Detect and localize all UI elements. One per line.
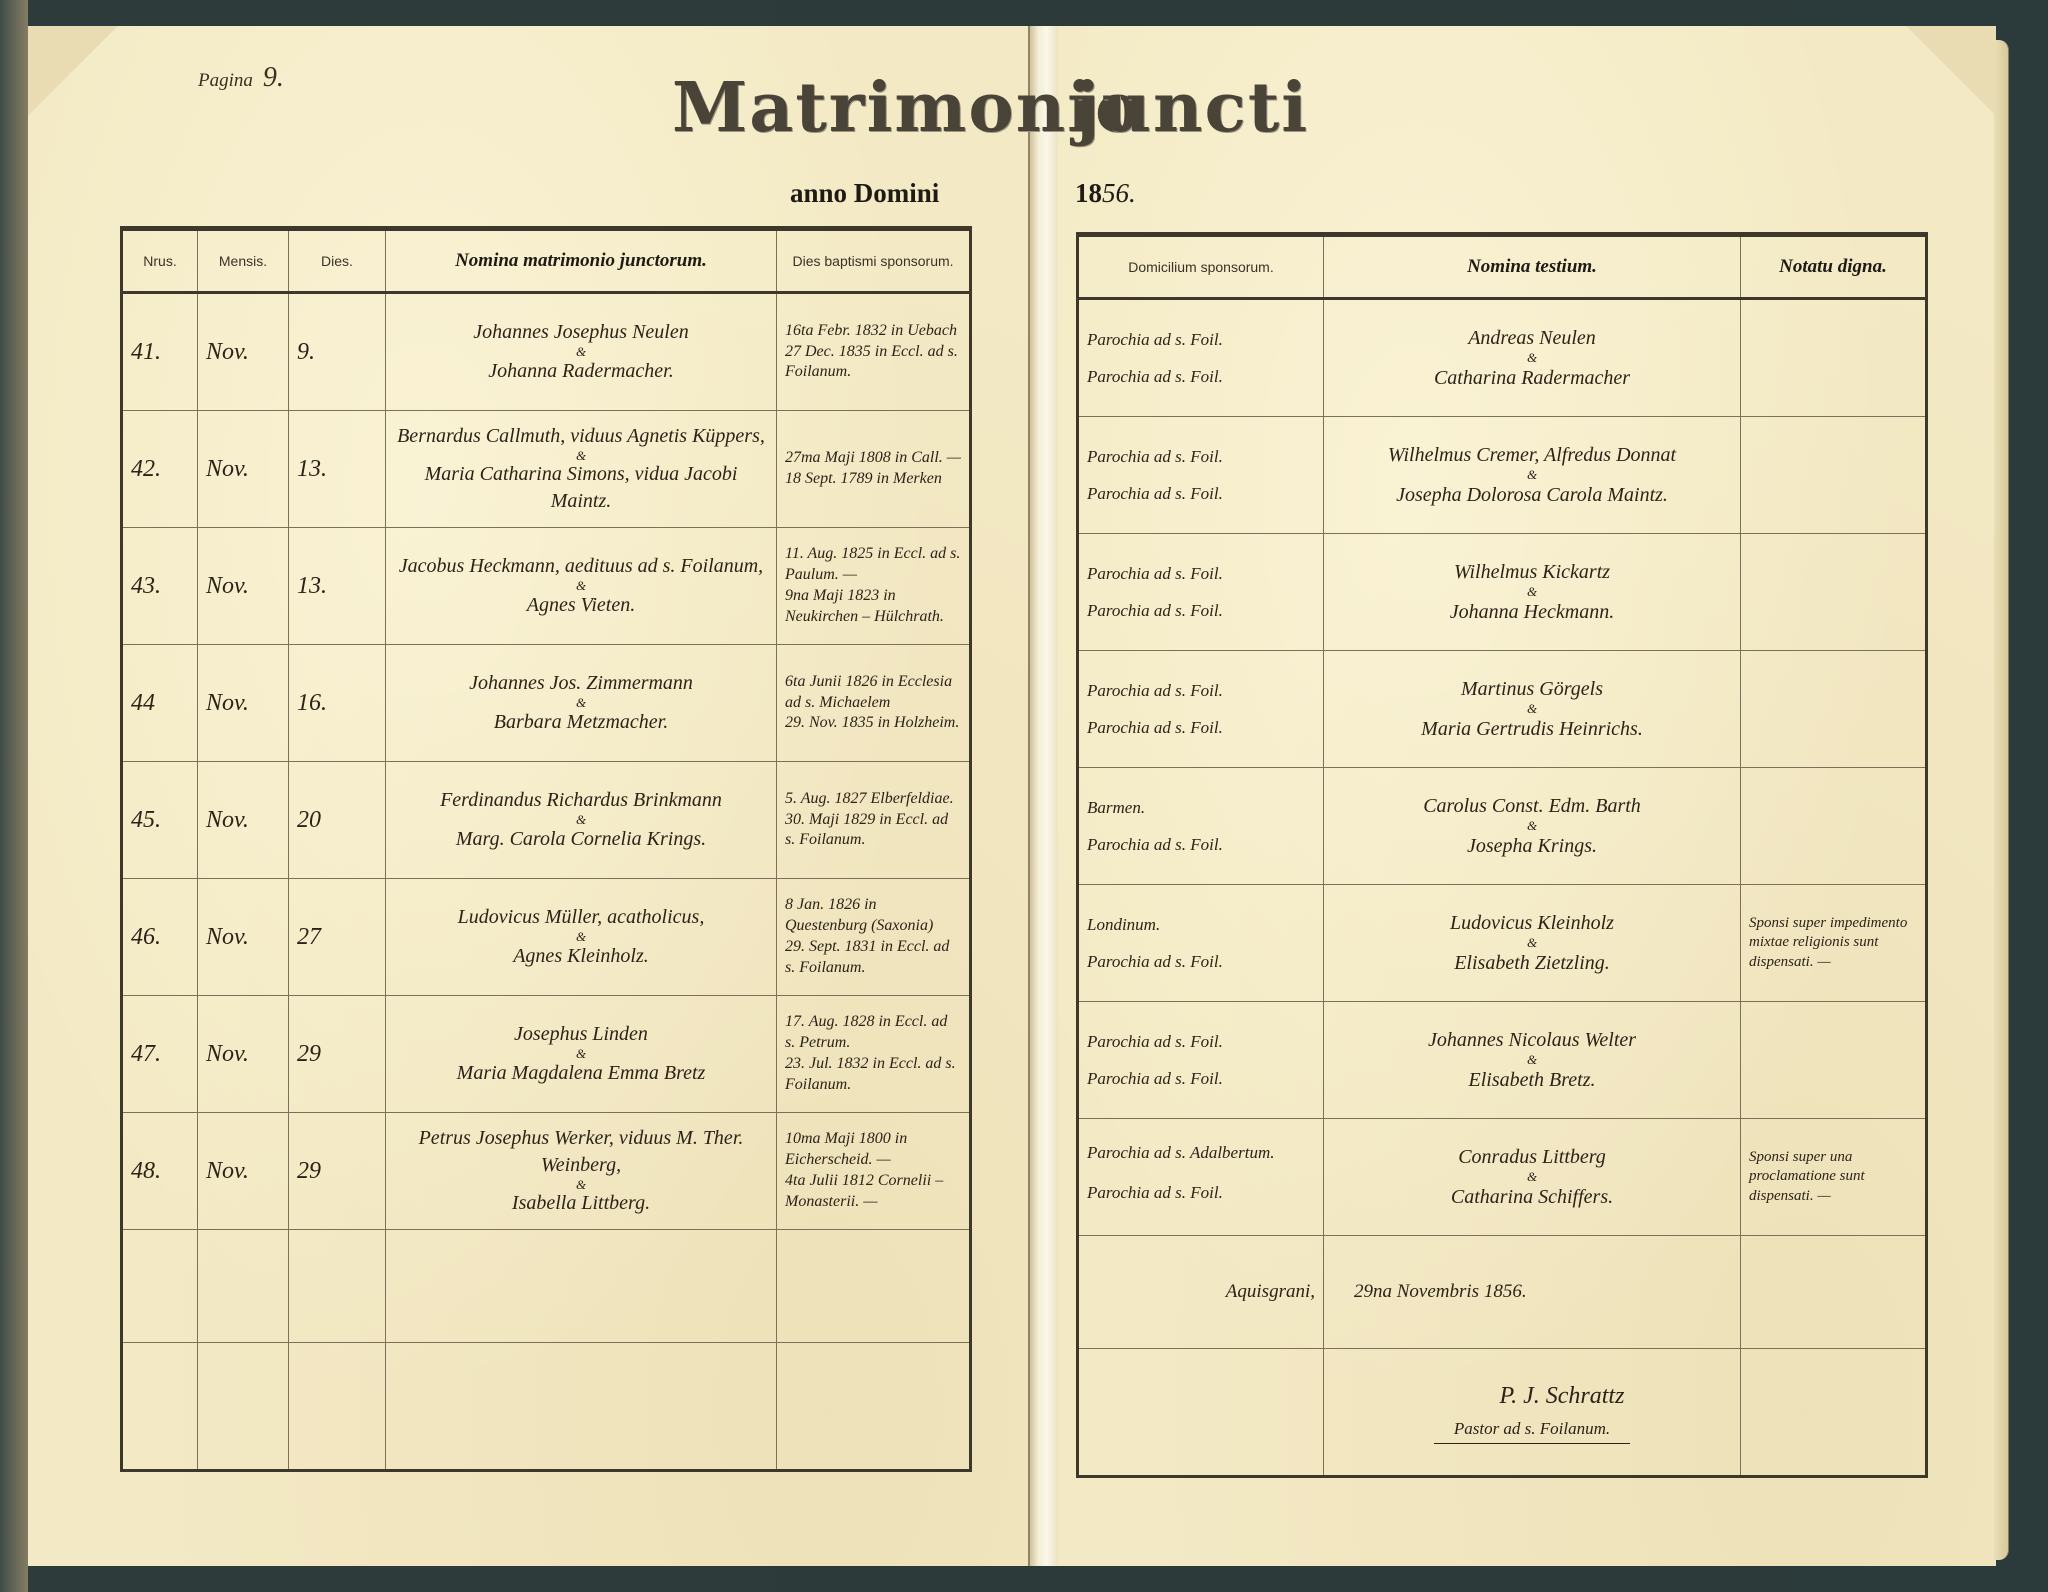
table-row: 45. Nov. 20 Ferdinandus Richardus Brinkm… [122,762,971,879]
entry-number: 45. [122,762,198,879]
entry-baptism: 10ma Maji 1800 in Eicherscheid. —4ta Jul… [777,1113,971,1230]
baptism-groom: 17. Aug. 1828 in Eccl. ad s. Petrum. [785,1012,961,1054]
domicile-groom: Barmen. [1087,789,1315,826]
domicile-bride: Parochia ad s. Foil. [1087,592,1315,629]
domicile-groom: Parochia ad s. Foil. [1087,555,1315,592]
entry-month: Nov. [198,411,289,528]
entry-witnesses: Conradus Littberg&Catharina Schiffers. [1324,1119,1741,1236]
domicile-bride: Parochia ad s. Foil. [1087,943,1315,980]
entry-witnesses: Wilhelmus Kickartz&Johanna Heckmann. [1324,534,1741,651]
entry-witnesses: Ludovicus Kleinholz&Elisabeth Zietzling. [1324,885,1741,1002]
entry-domicile: Parochia ad s. Foil.Parochia ad s. Foil. [1078,299,1324,417]
bride-name: Maria Catharina Simons, vidua Jacobi Mai… [394,461,768,515]
entry-baptism: 6ta Junii 1826 in Ecclesia ad s. Michael… [777,645,971,762]
table-row: Parochia ad s. Foil.Parochia ad s. Foil.… [1078,417,1927,534]
domicile-groom: Parochia ad s. Foil. [1087,1023,1315,1060]
header-domicile: Domicilium sponsorum. [1078,235,1324,299]
witness-1: Martinus Görgels [1332,675,1732,703]
anno-domini-label: anno Domini [790,178,939,209]
signature-name: P. J. Schrattz [1392,1380,1732,1414]
entry-day: 20 [289,762,386,879]
entry-domicile: Parochia ad s. Foil.Parochia ad s. Foil. [1078,534,1324,651]
entry-number: 48. [122,1113,198,1230]
witness-1: Andreas Neulen [1332,324,1732,352]
page-number: Pagina9. [198,62,284,94]
header-notes: Notatu digna. [1741,235,1927,299]
witness-1: Carolus Const. Edm. Barth [1332,792,1732,820]
baptism-groom: 27ma Maji 1808 in Call. — [785,448,961,469]
domicile-bride: Parochia ad s. Foil. [1087,826,1315,863]
table-row: Parochia ad s. Foil.Parochia ad s. Foil.… [1078,534,1927,651]
domicile-groom: Parochia ad s. Adalbertum. [1087,1142,1315,1164]
entry-witnesses: Johannes Nicolaus Welter&Elisabeth Bretz… [1324,1002,1741,1119]
entry-names: Jacobus Heckmann, aedituus ad s. Foilanu… [386,528,777,645]
groom-name: Jacobus Heckmann, aedituus ad s. Foilanu… [394,553,768,580]
entry-day: 13. [289,411,386,528]
header-number: Nrus. [122,229,198,293]
witness-1: Wilhelmus Kickartz [1332,558,1732,586]
conjunction: & [1332,352,1732,364]
entry-notes: Sponsi super impedimento mixtae religion… [1741,885,1927,1002]
witness-1: Conradus Littberg [1332,1143,1732,1171]
witness-2: Catharina Schiffers. [1332,1183,1732,1211]
empty-row [122,1230,971,1343]
baptism-bride: 27 Dec. 1835 in Eccl. ad s. Foilanum. [785,342,961,384]
entry-domicile: Parochia ad s. Foil.Parochia ad s. Foil. [1078,651,1324,768]
bride-name: Marg. Carola Cornelia Krings. [394,826,768,853]
entry-names: Petrus Josephus Werker, viduus M. Ther. … [386,1113,777,1230]
entry-domicile: Parochia ad s. Foil.Parochia ad s. Foil. [1078,1002,1324,1119]
groom-name: Johannes Josephus Neulen [394,319,768,346]
conjunction: & [1332,820,1732,832]
entry-domicile: Barmen.Parochia ad s. Foil. [1078,768,1324,885]
conjunction: & [394,697,768,709]
conjunction: & [394,814,768,826]
entry-baptism: 8 Jan. 1826 in Questenburg (Saxonia)29. … [777,879,971,996]
title-right: juncti [1075,68,1309,148]
conjunction: & [1332,1171,1732,1183]
entry-witnesses: Martinus Görgels&Maria Gertrudis Heinric… [1324,651,1741,768]
conjunction: & [394,1179,768,1191]
entry-notes [1741,651,1927,768]
bride-name: Agnes Kleinholz. [394,943,768,970]
bride-name: Maria Magdalena Emma Bretz [394,1060,768,1087]
groom-name: Bernardus Callmuth, viduus Agnetis Küppe… [394,423,768,450]
conjunction: & [394,1048,768,1060]
table-row: Parochia ad s. Foil.Parochia ad s. Foil.… [1078,651,1927,768]
header-witnesses: Nomina testium. [1324,235,1741,299]
entry-notes: Sponsi super una proclamatione sunt disp… [1741,1119,1927,1236]
baptism-bride: 23. Jul. 1832 in Eccl. ad s. Foilanum. [785,1054,961,1096]
entry-month: Nov. [198,996,289,1113]
closing-place: Aquisgrani, [1078,1236,1324,1349]
entry-month: Nov. [198,645,289,762]
header-names: Nomina matrimonio junctorum. [386,229,777,293]
table-row: 43. Nov. 13. Jacobus Heckmann, aedituus … [122,528,971,645]
entry-day: 27 [289,879,386,996]
entry-notes [1741,768,1927,885]
table-row: Parochia ad s. Foil.Parochia ad s. Foil.… [1078,299,1927,417]
domicile-bride: Parochia ad s. Foil. [1087,1060,1315,1097]
entry-baptism: 5. Aug. 1827 Elberfeldiae.30. Maji 1829 … [777,762,971,879]
entry-baptism: 16ta Febr. 1832 in Uebach27 Dec. 1835 in… [777,293,971,411]
closing-date: 29na Novembris 1856. [1324,1236,1741,1349]
entry-month: Nov. [198,1113,289,1230]
witness-2: Catharina Radermacher [1332,364,1732,392]
conjunction: & [1332,703,1732,715]
entry-notes [1741,534,1927,651]
conjunction: & [1332,469,1732,481]
entry-number: 41. [122,293,198,411]
entry-day: 9. [289,293,386,411]
header-day: Dies. [289,229,386,293]
entry-witnesses: Andreas Neulen&Catharina Radermacher [1324,299,1741,417]
domicile-groom: Parochia ad s. Foil. [1087,321,1315,358]
header-baptism: Dies baptismi sponsorum. [777,229,971,293]
entry-domicile: Parochia ad s. Foil.Parochia ad s. Foil. [1078,417,1324,534]
header-row: Nrus. Mensis. Dies. Nomina matrimonio ju… [122,229,971,293]
empty-row [122,1343,971,1471]
entry-day: 29 [289,996,386,1113]
domicile-bride: Parochia ad s. Foil. [1087,358,1315,395]
witness-2: Maria Gertrudis Heinrichs. [1332,715,1732,743]
header-month: Mensis. [198,229,289,293]
witness-2: Johanna Heckmann. [1332,598,1732,626]
entry-names: Bernardus Callmuth, viduus Agnetis Küppe… [386,411,777,528]
conjunction: & [394,346,768,358]
entry-number: 44 [122,645,198,762]
table-row: Londinum.Parochia ad s. Foil. Ludovicus … [1078,885,1927,1002]
bride-name: Isabella Littberg. [394,1190,768,1217]
groom-name: Ferdinandus Richardus Brinkmann [394,787,768,814]
entry-month: Nov. [198,762,289,879]
witness-2: Elisabeth Bretz. [1332,1066,1732,1094]
domicile-groom: Parochia ad s. Foil. [1087,672,1315,709]
domicile-bride: Parochia ad s. Foil. [1087,475,1315,512]
register-table-right: Domicilium sponsorum. Nomina testium. No… [1076,232,1928,1478]
conjunction: & [394,580,768,592]
baptism-bride: 4ta Julii 1812 Cornelii – Monasterii. — [785,1171,961,1213]
conjunction: & [394,450,768,462]
baptism-bride: 18 Sept. 1789 in Merken [785,469,961,490]
entry-witnesses: Carolus Const. Edm. Barth&Josepha Krings… [1324,768,1741,885]
domicile-bride: Parochia ad s. Foil. [1087,709,1315,746]
bride-name: Barbara Metzmacher. [394,709,768,736]
domicile-bride: Parochia ad s. Foil. [1087,1174,1315,1211]
table-row: 46. Nov. 27 Ludovicus Müller, acatholicu… [122,879,971,996]
entry-names: Ludovicus Müller, acatholicus,&Agnes Kle… [386,879,777,996]
entry-names: Josephus Linden&Maria Magdalena Emma Bre… [386,996,777,1113]
conjunction: & [394,931,768,943]
table-row: 44 Nov. 16. Johannes Jos. Zimmermann&Bar… [122,645,971,762]
entry-notes [1741,417,1927,534]
conjunction: & [1332,586,1732,598]
title-left: Matrimonio [672,68,1142,148]
baptism-groom: 11. Aug. 1825 in Eccl. ad s. Paulum. — [785,544,961,586]
register-table-left: Nrus. Mensis. Dies. Nomina matrimonio ju… [120,226,972,1472]
baptism-bride: 29. Nov. 1835 in Holzheim. [785,713,961,734]
conjunction: & [1332,937,1732,949]
book-spine [1028,26,1058,1566]
entry-names: Johannes Josephus Neulen&Johanna Raderma… [386,293,777,411]
groom-name: Josephus Linden [394,1021,768,1048]
entry-witnesses: Wilhelmus Cremer, Alfredus Donnat&Joseph… [1324,417,1741,534]
table-row: 47. Nov. 29 Josephus Linden&Maria Magdal… [122,996,971,1113]
witness-2: Josepha Dolorosa Carola Maintz. [1332,481,1732,509]
signature: P. J. SchrattzPastor ad s. Foilanum. [1324,1349,1741,1477]
closing-row: Aquisgrani, 29na Novembris 1856. [1078,1236,1927,1349]
domicile-groom: Londinum. [1087,906,1315,943]
entry-names: Ferdinandus Richardus Brinkmann&Marg. Ca… [386,762,777,879]
signature-row: P. J. SchrattzPastor ad s. Foilanum. [1078,1349,1927,1477]
entry-domicile: Parochia ad s. Adalbertum.Parochia ad s.… [1078,1119,1324,1236]
entry-number: 42. [122,411,198,528]
groom-name: Petrus Josephus Werker, viduus M. Ther. … [394,1125,768,1179]
table-row: 48. Nov. 29 Petrus Josephus Werker, vidu… [122,1113,971,1230]
table-row: Parochia ad s. Adalbertum.Parochia ad s.… [1078,1119,1927,1236]
bride-name: Johanna Radermacher. [394,358,768,385]
entry-baptism: 11. Aug. 1825 in Eccl. ad s. Paulum. —9n… [777,528,971,645]
page-label: Pagina [198,70,253,91]
conjunction: & [1332,1054,1732,1066]
groom-name: Johannes Jos. Zimmermann [394,670,768,697]
witness-2: Elisabeth Zietzling. [1332,949,1732,977]
witness-1: Ludovicus Kleinholz [1332,909,1732,937]
entry-names: Johannes Jos. Zimmermann&Barbara Metzmac… [386,645,777,762]
entry-domicile: Londinum.Parochia ad s. Foil. [1078,885,1324,1002]
entry-number: 46. [122,879,198,996]
baptism-groom: 8 Jan. 1826 in Questenburg (Saxonia) [785,895,961,937]
entry-month: Nov. [198,293,289,411]
baptism-groom: 10ma Maji 1800 in Eicherscheid. — [785,1129,961,1171]
book-cover-edge [0,0,28,1592]
baptism-groom: 5. Aug. 1827 Elberfeldiae. [785,789,961,810]
entry-notes [1741,1002,1927,1119]
page-number-value: 9. [263,62,284,93]
entry-notes [1741,299,1927,417]
table-row: 41. Nov. 9. Johannes Josephus Neulen&Joh… [122,293,971,411]
entry-month: Nov. [198,528,289,645]
groom-name: Ludovicus Müller, acatholicus, [394,904,768,931]
bride-name: Agnes Vieten. [394,592,768,619]
entry-baptism: 17. Aug. 1828 in Eccl. ad s. Petrum.23. … [777,996,971,1113]
entry-baptism: 27ma Maji 1808 in Call. —18 Sept. 1789 i… [777,411,971,528]
header-row: Domicilium sponsorum. Nomina testium. No… [1078,235,1927,299]
baptism-bride: 29. Sept. 1831 in Eccl. ad s. Foilanum. [785,937,961,979]
corner-fold-top-left [28,26,118,116]
table-row: 42. Nov. 13. Bernardus Callmuth, viduus … [122,411,971,528]
page-stack-edge [1994,40,2009,1560]
year-handwritten: 56. [1102,178,1136,208]
witness-2: Josepha Krings. [1332,832,1732,860]
table-row: Barmen.Parochia ad s. Foil. Carolus Cons… [1078,768,1927,885]
baptism-groom: 16ta Febr. 1832 in Uebach [785,321,961,342]
entry-day: 13. [289,528,386,645]
year: 1856. [1075,178,1136,209]
signature-title: Pastor ad s. Foilanum. [1434,1417,1630,1444]
corner-fold-top-right [1906,26,1996,116]
entry-number: 43. [122,528,198,645]
baptism-groom: 6ta Junii 1826 in Ecclesia ad s. Michael… [785,672,961,714]
witness-1: Johannes Nicolaus Welter [1332,1026,1732,1054]
entry-day: 16. [289,645,386,762]
domicile-groom: Parochia ad s. Foil. [1087,438,1315,475]
witness-1: Wilhelmus Cremer, Alfredus Donnat [1332,441,1732,469]
table-row: Parochia ad s. Foil.Parochia ad s. Foil.… [1078,1002,1927,1119]
year-printed: 18 [1075,178,1102,208]
baptism-bride: 30. Maji 1829 in Eccl. ad s. Foilanum. [785,810,961,852]
entry-day: 29 [289,1113,386,1230]
entry-month: Nov. [198,879,289,996]
baptism-bride: 9na Maji 1823 in Neukirchen – Hülchrath. [785,586,961,628]
entry-number: 47. [122,996,198,1113]
